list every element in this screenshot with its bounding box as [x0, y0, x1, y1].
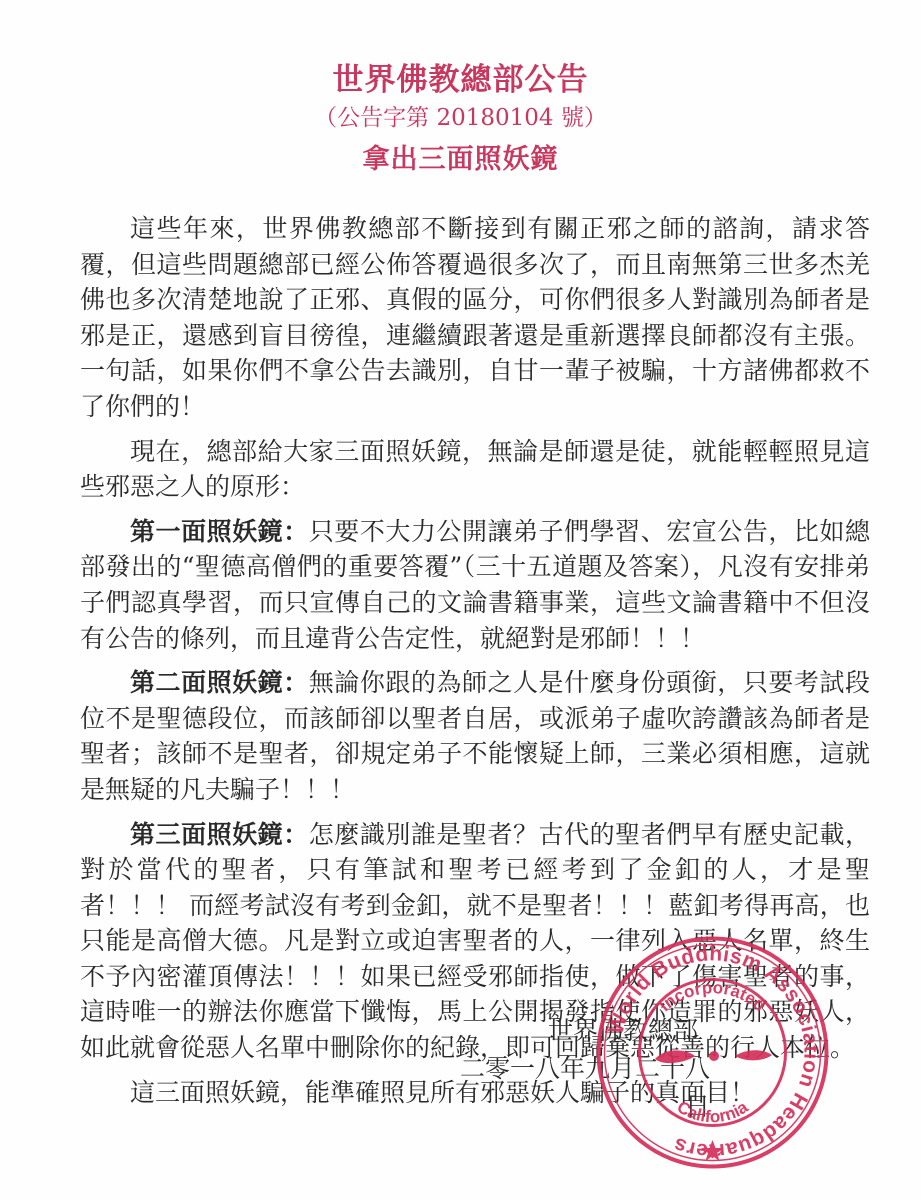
paragraph-intro: 這些年來，世界佛教總部不斷接到有關正邪之師的諮詢，請求答覆，但這些問題總部已經公… — [80, 211, 870, 425]
mirror-3-heading: 第三面照妖鏡： — [130, 820, 309, 849]
mirror-1-heading: 第一面照妖鏡： — [130, 517, 309, 546]
seal-center-dot-icon — [709, 1051, 719, 1061]
seal-right-drop-icon — [735, 1050, 772, 1060]
svg-text:California: California — [674, 1097, 752, 1126]
mirror-2-heading: 第二面照妖鏡： — [130, 668, 309, 697]
paragraph-text: 這些年來，世界佛教總部不斷接到有關正邪之師的諮詢，請求答覆，但這些問題總部已經公… — [80, 214, 870, 421]
paragraph-now: 現在，總部給大家三面照妖鏡，無論是師還是徒，就能輕輕照見這些邪惡之人的原形： — [80, 434, 870, 505]
seal-left-drop-icon — [655, 1050, 695, 1063]
svg-text:Incorporated: Incorporated — [655, 978, 769, 1015]
document-header: 世界佛教總部公告 （公告字第 20180104 號） 拿出三面照妖鏡 — [0, 60, 921, 182]
seal-inner-top-text: Incorporated — [655, 978, 769, 1015]
document-page: 世界佛教總部公告 （公告字第 20180104 號） 拿出三面照妖鏡 這些年來，… — [0, 0, 921, 1200]
document-number: （公告字第 20180104 號） — [0, 100, 921, 136]
document-subtitle: 拿出三面照妖鏡 — [0, 138, 921, 182]
official-seal: World Buddhism Association Headquarters … — [595, 935, 830, 1170]
paragraph-text: 現在，總部給大家三面照妖鏡，無論是師還是徒，就能輕輕照見這些邪惡之人的原形： — [80, 437, 870, 502]
paragraph-mirror-1: 第一面照妖鏡：只要不大力公開讓弟子們學習、宏宣公告，比如總部發出的“聖德高僧們的… — [80, 514, 870, 656]
document-title: 世界佛教總部公告 — [0, 60, 921, 100]
paragraph-mirror-2: 第二面照妖鏡：無論你跟的為師之人是什麼身份頭銜，只要考試段位不是聖德段位，而該師… — [80, 665, 870, 807]
seal-inner-bottom-text: California — [674, 1097, 752, 1126]
